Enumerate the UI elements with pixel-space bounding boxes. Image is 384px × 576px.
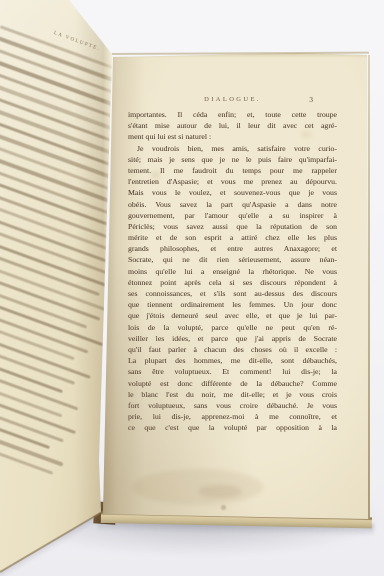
text-line: que j'étois demeuré seul avec elle, et q… [128, 310, 337, 321]
text-line: Je voudrois bien, mes amis, satisfaire v… [128, 143, 337, 154]
text-line: obéis. Vous savez la part qu'Aspasie a d… [128, 199, 337, 210]
page-fore-edge [368, 55, 370, 519]
text-line: ses connoissances, et s'ils sont au-dess… [128, 288, 337, 299]
illegible-text-line [0, 254, 100, 321]
text-line: que tiennent ordinairement les femmes. U… [128, 299, 337, 310]
text-line: qu'il faut parler à chacun des choses où… [128, 344, 337, 355]
text-line: Mais vous le voulez, et souvenez-vous qu… [128, 187, 337, 198]
text-line: le blanc l'est du noir, me dit-elle; et … [128, 389, 337, 400]
text-line: étonnez point après cela si ses discours… [128, 277, 337, 288]
illegible-text-line [0, 408, 53, 475]
foxing-stain [198, 485, 242, 498]
illegible-text-line [0, 179, 115, 241]
illegible-text-line [0, 277, 103, 346]
text-line: sans être voluptueux. Et comment! lui di… [128, 366, 337, 377]
right-book-page: DIALOGUE. 3 importantes. Il céda enfin; … [103, 53, 371, 521]
text-line: mérite et de son esprit a attiré chez el… [128, 232, 337, 243]
illegible-text-line [0, 287, 88, 353]
text-line: moins qu'elle lui a enseigné la rhétoriq… [128, 266, 337, 277]
text-line: Socrate, qui ne dit rien sérieusement, a… [128, 254, 337, 265]
illegible-text-line [0, 385, 50, 449]
illegible-text-line [0, 353, 62, 418]
text-line: lois de la volupté, parce qu'elle ne peu… [128, 322, 337, 333]
foxing-stain [151, 171, 160, 179]
text-line: ment qui lui est si naturel : [128, 131, 337, 142]
illegible-text-line [0, 167, 125, 232]
text-line: tement. Il me faudroit du temps pour me … [128, 165, 337, 176]
text-line: veiller les idées, et parce que j'ai app… [128, 333, 337, 344]
illegible-text-line [0, 189, 125, 257]
text-line: ce que c'est que la volupté par oppositi… [128, 422, 337, 433]
illegible-text-line [0, 363, 76, 434]
page-number: 3 [309, 95, 313, 104]
page-header: DIALOGUE. 3 [128, 96, 337, 108]
text-line: Périclès; vous savez aussi que la réputa… [128, 221, 337, 232]
illegible-text-line [0, 331, 63, 393]
page-text: importantes. Il céda enfin; et, toute ce… [128, 109, 337, 433]
text-line: sité; mais je sens que je ne le puis fai… [128, 154, 337, 165]
illegible-text-line [0, 310, 91, 379]
illegible-text-line [0, 221, 113, 288]
illegible-text-line [0, 200, 113, 265]
text-line: prie, lui dis-je, apprenez-moi à me conn… [128, 411, 337, 422]
foxing-stain [253, 351, 268, 361]
illegible-text-line [0, 146, 127, 209]
text-line: volupté est donc différente de la débauc… [128, 378, 337, 389]
left-page-running-title: LA VOLUPTÉ. [53, 31, 101, 53]
text-line: grands philosophes, et entre autres Anax… [128, 243, 337, 254]
text-line: l'entretien d'Aspasie; et vous me prenez… [128, 176, 337, 187]
text-line: La plupart des hommes, me dit-elle, sont… [128, 355, 337, 366]
text-line: s'étant mise autour de lui, il leur dit … [128, 120, 337, 131]
illegible-text-line [0, 396, 63, 466]
text-line: gouvernement, par l'amour qu'elle a su i… [128, 210, 337, 221]
left-book-page: LA VOLUPTÉ. [0, 0, 120, 576]
text-line: importantes. Il céda enfin; et, toute ce… [128, 109, 337, 120]
illegible-text-line [0, 244, 114, 314]
illegible-text-line [0, 265, 87, 328]
illegible-text-line [0, 232, 100, 296]
book-photo: LA VOLUPTÉ. DIALOGUE. 3 importantes. Il … [0, 0, 384, 576]
illegible-text-line [0, 375, 64, 442]
illegible-text-line [0, 343, 78, 411]
foxing-stain [133, 469, 263, 505]
illegible-text-line [0, 298, 75, 361]
foxing-stain [221, 505, 226, 510]
text-line: fort voluptueux, sans vous croire débauc… [128, 400, 337, 411]
running-title: DIALOGUE. [128, 96, 337, 103]
illegible-text-line [0, 320, 75, 385]
foxing-stain [301, 131, 312, 138]
